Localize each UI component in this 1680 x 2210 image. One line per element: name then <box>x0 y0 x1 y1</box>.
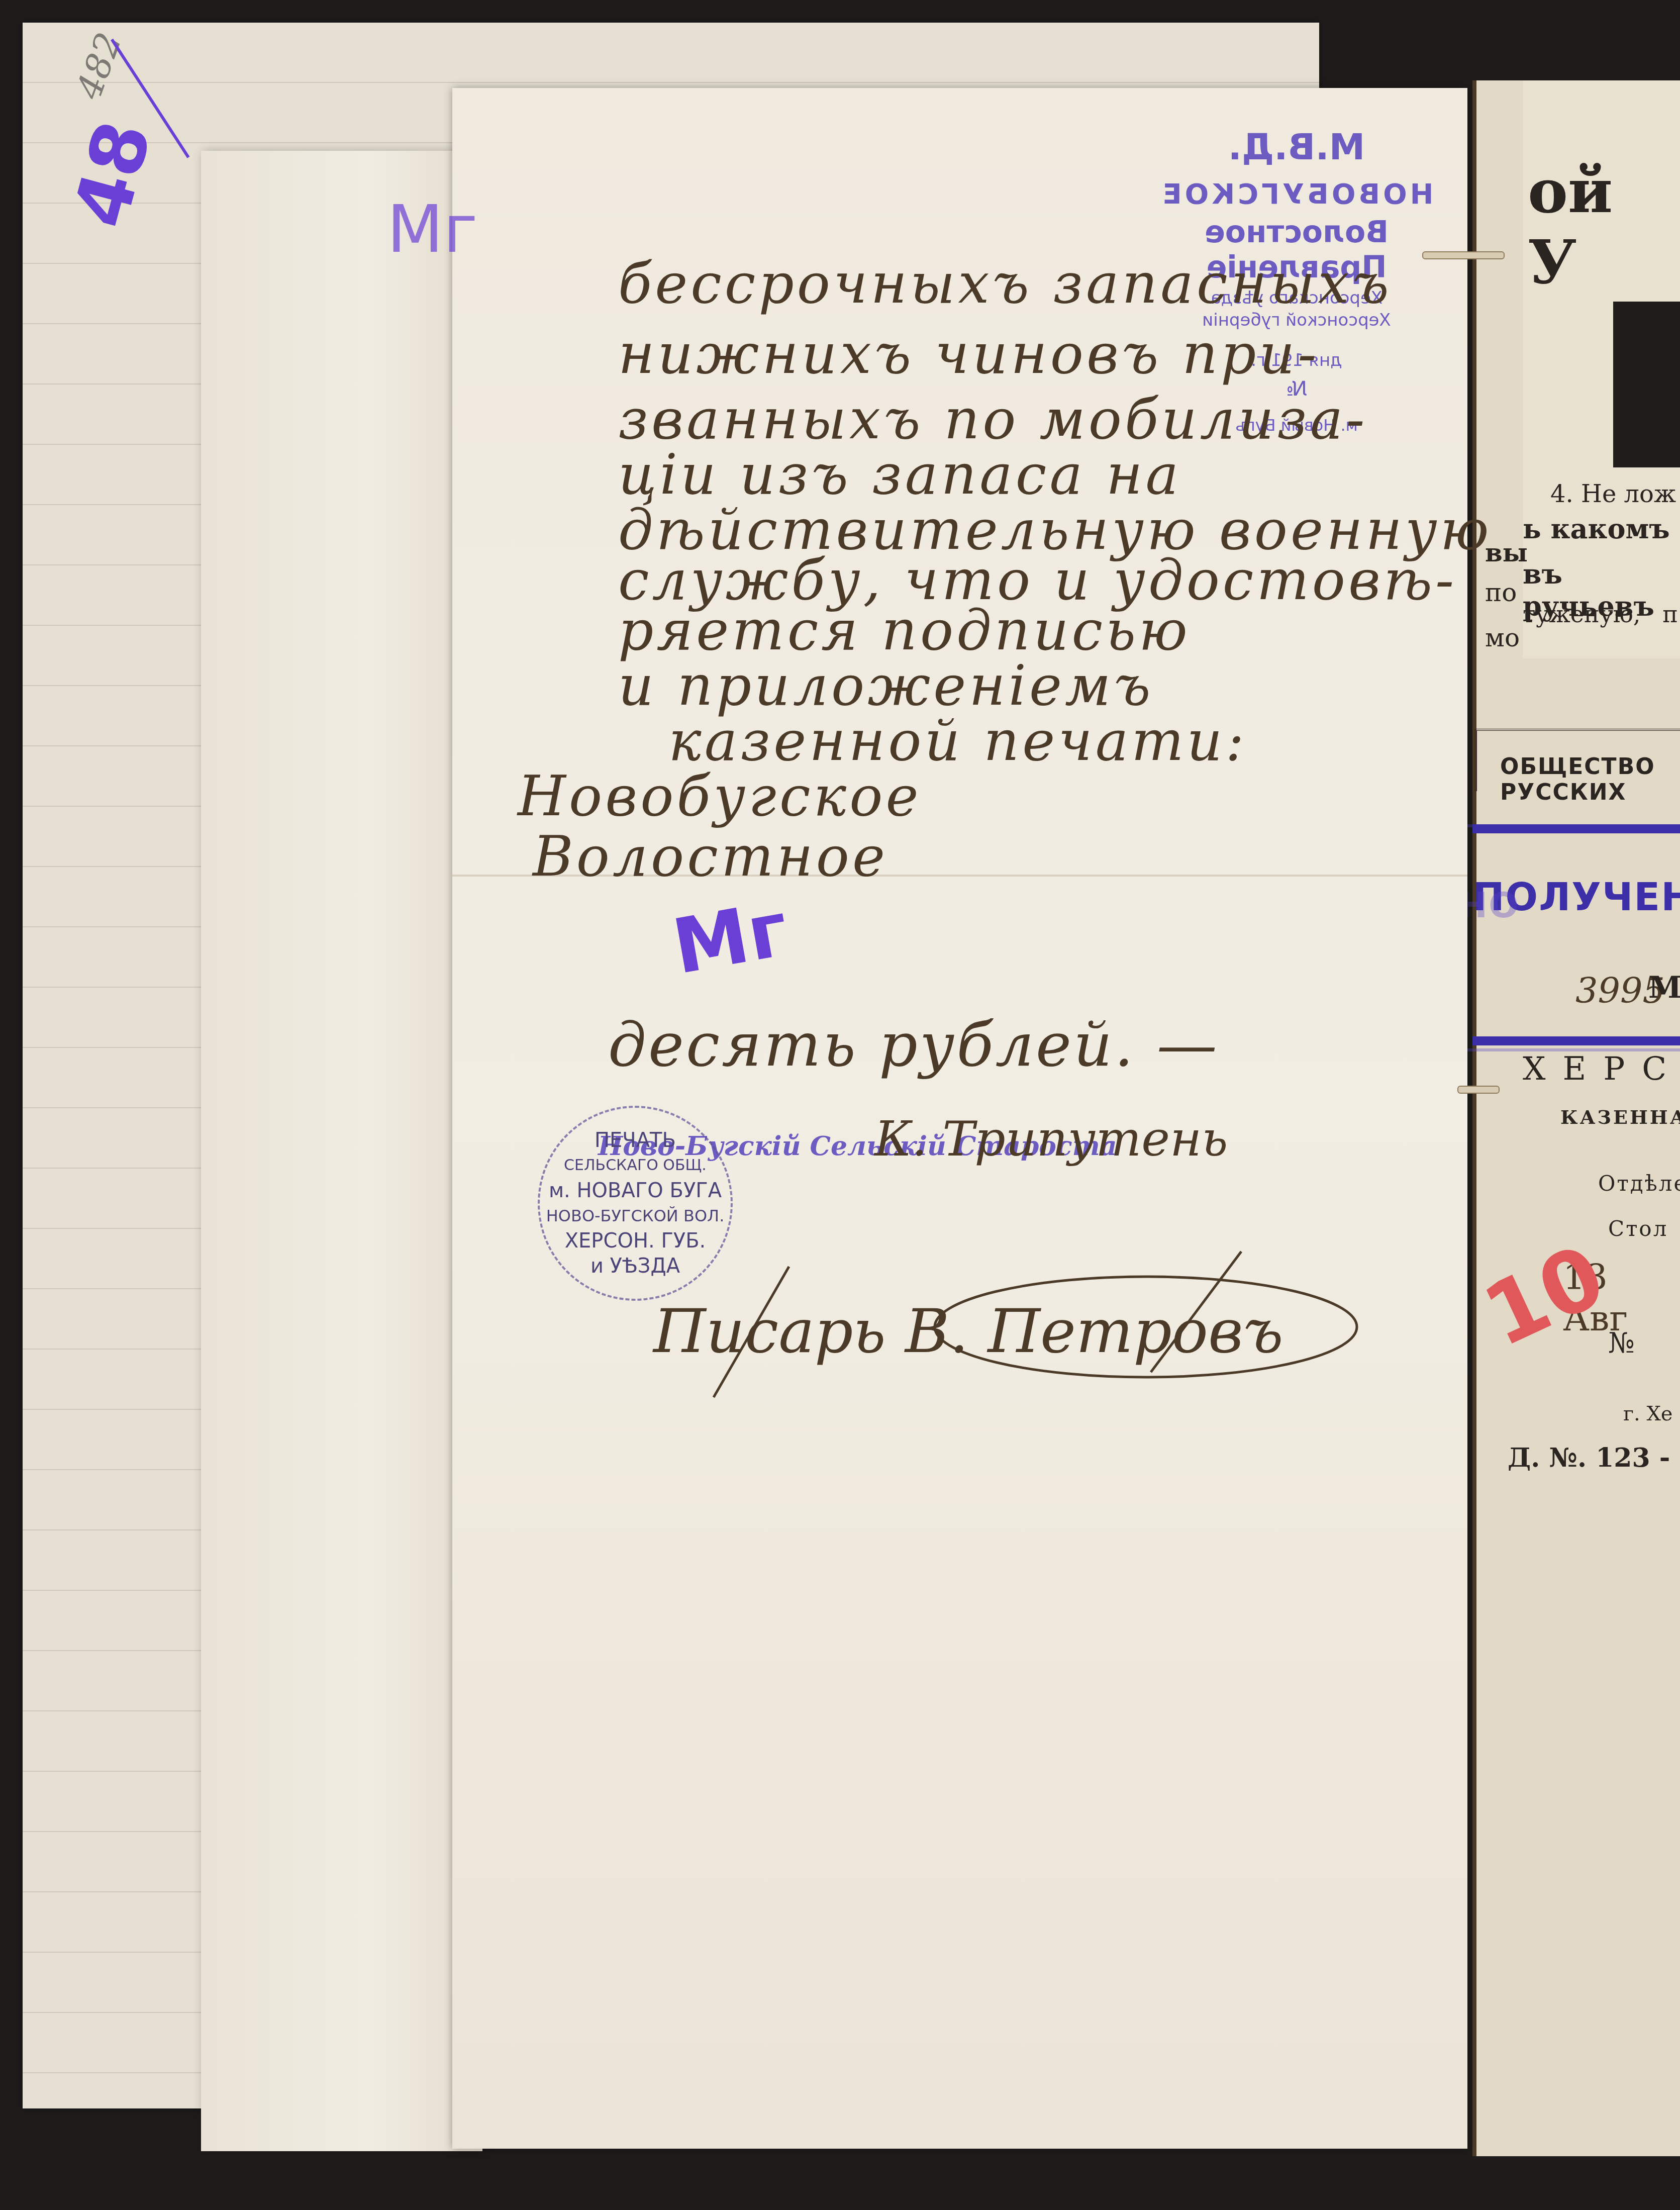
handwritten-line-3: званныхъ по мобилиза- <box>618 387 1368 451</box>
notice-item-4: 4. Не лож <box>1550 480 1676 508</box>
notice-prefix-po: по <box>1485 578 1517 607</box>
seal-line-1: ПЕЧАТЬ <box>595 1128 676 1153</box>
handwritten-line-7: ряется подписью <box>618 598 1191 662</box>
handwritten-line-2: нижнихъ чиновъ при- <box>618 322 1320 386</box>
elder-signature: К. Трипутень <box>874 1111 1228 1167</box>
clerk-signature-text: Писарь В. Петровъ <box>653 1297 1283 1367</box>
seal-line-2: СЕЛЬСКАГО ОБЩ. <box>564 1153 707 1178</box>
notice-header-fragment: ой У <box>1528 156 1680 298</box>
handwritten-line-9: казенной печати: <box>668 709 1247 773</box>
crumpled-tissue-sheet <box>201 151 482 2151</box>
seal-line-3: м. НОВАГО БУГА <box>549 1178 722 1203</box>
notice-big-letter-block <box>1613 302 1680 467</box>
handwritten-line-4: ціи изъ запаса на <box>618 442 1181 507</box>
notice-line-tuzh-suffix: п <box>1662 601 1678 628</box>
stamp-town: НОВОБУГСКОЕ <box>1156 178 1437 211</box>
form-desk-label: Стол <box>1608 1216 1668 1241</box>
form-department-label: Отдѣле <box>1598 1171 1680 1196</box>
notice-prefix-mo: мо <box>1485 623 1520 652</box>
form-number-label: № <box>1608 1327 1635 1360</box>
handwritten-line-8: и приложеніемъ <box>618 653 1154 718</box>
binding-string-middle <box>1457 1086 1500 1094</box>
form-treasury-heading: КАЗЕННАЯ <box>1560 1106 1680 1128</box>
notice-line-tuzh: туженую, п <box>1523 601 1678 628</box>
form-case-number: Д. №. 123 - <box>1508 1443 1670 1473</box>
form-city-short: г. Хе <box>1623 1402 1673 1425</box>
handwritten-line-1: бессрочныхъ запасныхъ <box>618 251 1392 316</box>
amount-in-words: десять рублей. — <box>608 1010 1219 1080</box>
seal-line-4: НОВО-БУГСКОЙ ВОЛ. <box>546 1203 725 1228</box>
stamp-ministry: М.В.Д. <box>1156 126 1437 168</box>
clerk-signature: Писарь В. Петровъ <box>638 1246 1367 1407</box>
society-banner: ОБЩЕСТВО РУССКИХ <box>1500 754 1680 805</box>
received-number-suffix: М. <box>1648 970 1680 1005</box>
form-city-heading: ХЕРСО <box>1523 1050 1680 1088</box>
violet-initials-top: Мг <box>387 191 477 267</box>
handwritten-line-11: Волостное <box>533 824 888 889</box>
notice-line-tuzh-text: туженую, <box>1523 601 1640 628</box>
handwritten-line-10: Новобугское <box>518 764 922 828</box>
notice-bold-line-1: ь какомъ <box>1523 513 1670 545</box>
received-stamp-bars <box>1472 824 1680 1045</box>
